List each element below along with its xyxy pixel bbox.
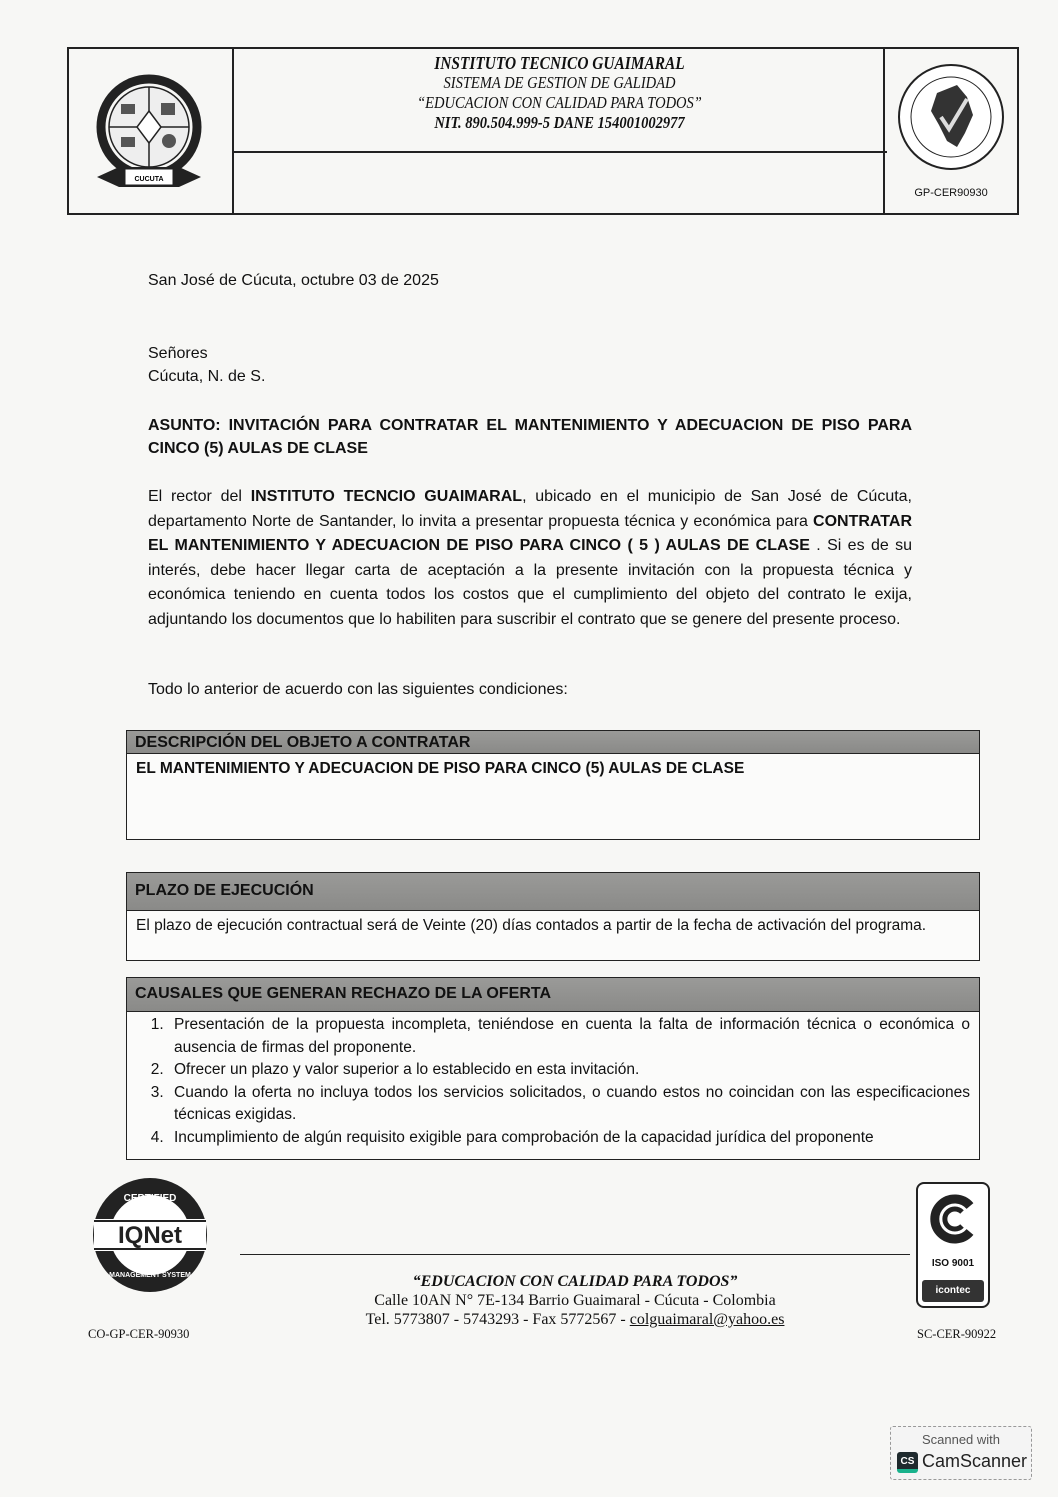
footer-address: Calle 10AN N° 7E-134 Barrio Guaimaral - …	[240, 1291, 910, 1310]
term-section: PLAZO DE EJECUCIÓN El plazo de ejecución…	[126, 872, 980, 961]
footer-email-link[interactable]: colguaimaral@yahoo.es	[630, 1311, 785, 1328]
cert-seal-cell: GP-CER90930	[883, 49, 1017, 213]
scanned-with-label: Scanned with	[891, 1432, 1031, 1447]
object-section-text: EL MANTENIMIENTO Y ADECUACION DE PISO PA…	[127, 754, 979, 784]
iqnet-certified-seal-icon: IQNet CERTIFIED MANAGEMENT SYSTEM	[90, 1175, 210, 1295]
recipient-salutation: Señores	[148, 343, 912, 366]
school-crest-icon: CUCUTA	[69, 49, 232, 213]
quality-system: SISTEMA DE GESTION DE GALIDAD	[271, 73, 847, 93]
svg-text:CUCUTA: CUCUTA	[134, 176, 163, 183]
rejection-section: CAUSALES QUE GENERAN RECHAZO DE LA OFERT…	[126, 977, 980, 1160]
header-slogan: “EDUCACION CON CALIDAD PARA TODOS”	[271, 93, 847, 113]
icontec-logo-icon	[918, 1184, 988, 1254]
rejection-causes-list: Presentación de la propuesta incompleta,…	[136, 1014, 970, 1149]
icontec-label: icontec	[922, 1280, 984, 1302]
object-section: DESCRIPCIÓN DEL OBJETO A CONTRATAR EL MA…	[126, 730, 980, 840]
term-section-title: PLAZO DE EJECUCIÓN	[127, 873, 979, 911]
colombia-quality-certified-seal-icon	[887, 55, 1015, 185]
svg-text:IQNet: IQNet	[118, 1222, 182, 1249]
camscanner-logo-icon: CS	[897, 1452, 918, 1473]
iso-9001-icontec-seal: ISO 9001 icontec	[916, 1182, 990, 1308]
left-cert-code: CO-GP-CER-90930	[88, 1327, 189, 1342]
letterhead: CUCUTA INSTITUTO TECNICO GUAIMARAL SISTE…	[67, 47, 1019, 215]
rejection-cause: Presentación de la propuesta incompleta,…	[168, 1014, 970, 1059]
rejection-section-title: CAUSALES QUE GENERAN RECHAZO DE LA OFERT…	[127, 978, 979, 1012]
camscanner-watermark: Scanned with CS CamScanner	[890, 1426, 1032, 1480]
footer-phones-line: Tel. 5773807 - 5743293 - Fax 5772567 - c…	[240, 1310, 910, 1329]
footer-divider	[240, 1254, 910, 1255]
date-place: San José de Cúcuta, octubre 03 de 2025	[148, 270, 912, 293]
footer-contact: “EDUCACION CON CALIDAD PARA TODOS” Calle…	[240, 1272, 910, 1329]
institution-name: INSTITUTO TECNICO GUAIMARAL	[271, 53, 847, 73]
svg-text:MANAGEMENT SYSTEM: MANAGEMENT SYSTEM	[109, 1272, 191, 1279]
header-title-block: INSTITUTO TECNICO GUAIMARAL SISTEMA DE G…	[232, 49, 887, 213]
footer-slogan: “EDUCACION CON CALIDAD PARA TODOS”	[240, 1272, 910, 1291]
body-paragraph: El rector del INSTITUTO TECNCIO GUAIMARA…	[148, 485, 912, 632]
camscanner-brand: CamScanner	[922, 1451, 1027, 1472]
term-section-text: El plazo de ejecución contractual será d…	[127, 911, 979, 941]
logo-cell: CUCUTA	[69, 49, 234, 213]
cert-code: GP-CER90930	[885, 187, 1017, 199]
conditions-intro: Todo lo anterior de acuerdo con las sigu…	[148, 679, 912, 702]
svg-text:CERTIFIED: CERTIFIED	[124, 1193, 177, 1204]
rejection-cause: Ofrecer un plazo y valor superior a lo e…	[168, 1059, 970, 1082]
right-cert-code: SC-CER-90922	[917, 1327, 996, 1342]
rejection-cause: Incumplimiento de algún requisito exigib…	[168, 1127, 970, 1150]
iso-label: ISO 9001	[918, 1258, 988, 1269]
subject-line: ASUNTO: INVITACIÓN PARA CONTRATAR EL MAN…	[148, 415, 912, 460]
institution-ids: NIT. 890.504.999-5 DANE 154001002977	[271, 113, 847, 133]
object-section-title: DESCRIPCIÓN DEL OBJETO A CONTRATAR	[127, 731, 979, 754]
institution-mention: INSTITUTO TECNCIO GUAIMARAL	[251, 488, 522, 505]
rejection-cause: Cuando la oferta no incluya todos los se…	[168, 1082, 970, 1127]
recipient-location: Cúcuta, N. de S.	[148, 366, 912, 389]
